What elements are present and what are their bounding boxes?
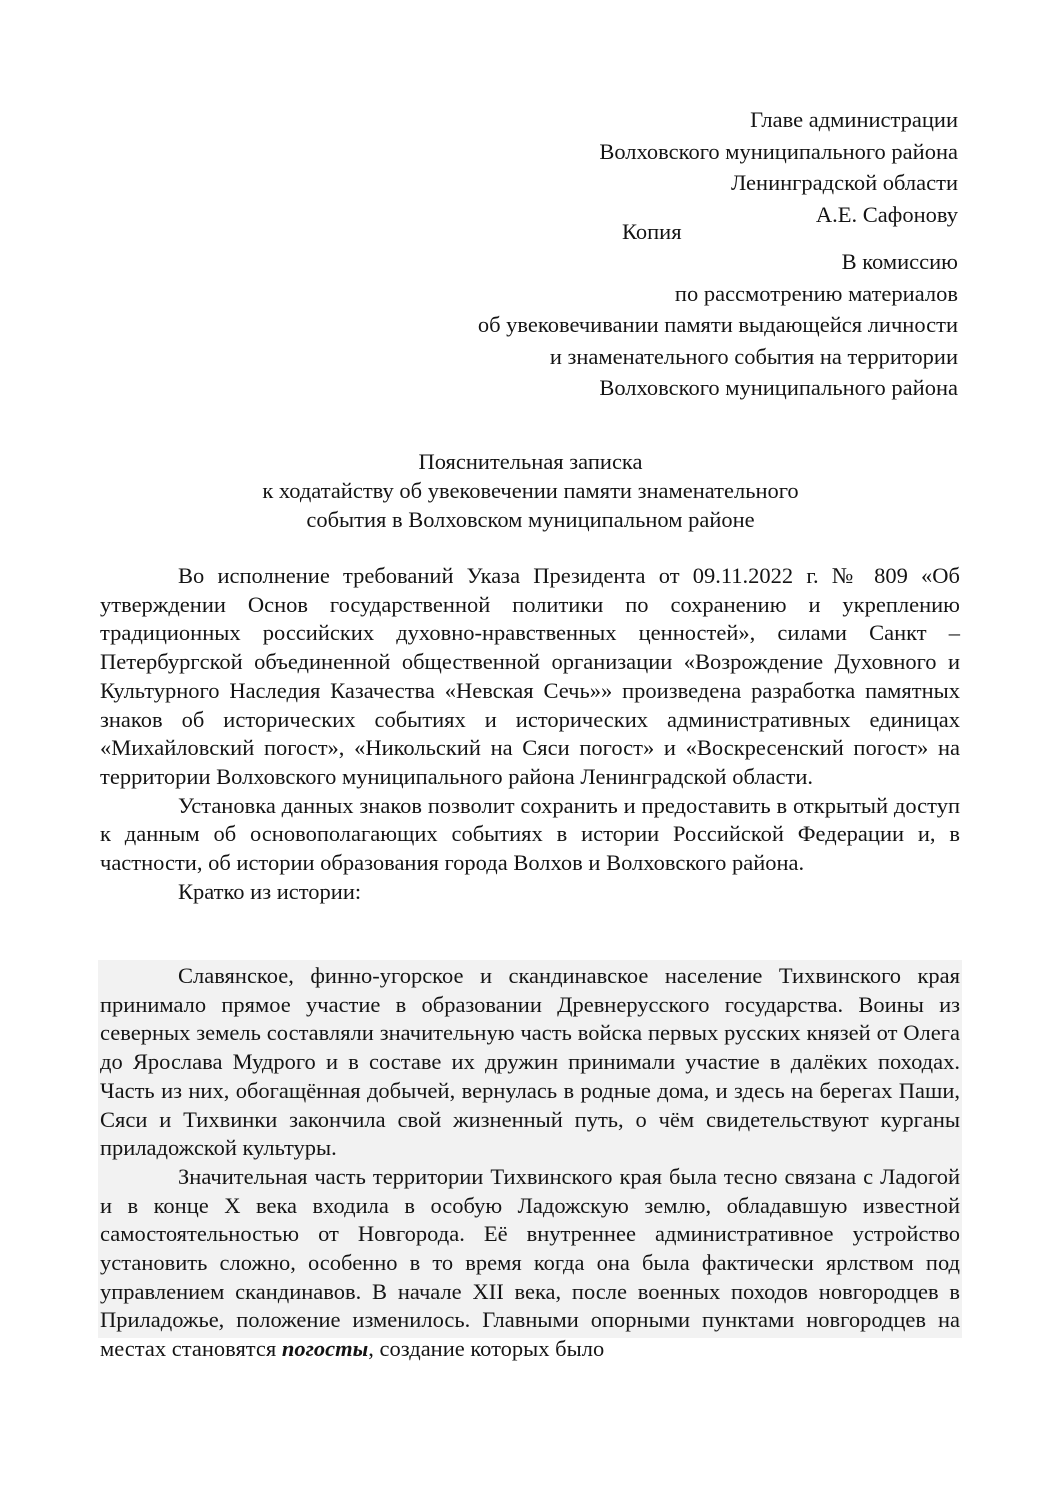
emphasized-term: погосты — [282, 1336, 368, 1361]
commission-line: В комиссию — [478, 246, 958, 278]
commission-line: и знаменательного события на территории — [478, 341, 958, 373]
commission-line: по рассмотрению материалов — [478, 278, 958, 310]
addressee-line: Ленинградской области — [599, 167, 958, 199]
history-paragraph: Славянское, финно-угорское и скандинавск… — [100, 962, 960, 1163]
document-title: Пояснительная записка к ходатайству об у… — [0, 447, 1061, 534]
history-paragraph: Значительная часть территории Тихвинског… — [100, 1163, 960, 1364]
copy-label: Копия — [622, 216, 682, 248]
addressee-line: Главе администрации — [599, 104, 958, 136]
body-paragraph: Установка данных знаков позволит сохрани… — [100, 792, 960, 878]
history-text-span: , создание которых было — [368, 1336, 604, 1361]
commission-line: об увековечивании памяти выдающейся личн… — [478, 309, 958, 341]
body-text: Во исполнение требований Указа Президент… — [100, 562, 960, 906]
addressee-block: Главе администрации Волховского муниципа… — [599, 104, 958, 230]
history-text-span: Значительная часть территории Тихвинског… — [100, 1164, 960, 1361]
commission-line: Волховского муниципального района — [478, 372, 958, 404]
title-line: к ходатайству об увековечении памяти зна… — [0, 476, 1061, 505]
history-heading: Кратко из истории: — [100, 878, 960, 907]
title-line: Пояснительная записка — [0, 447, 1061, 476]
title-line: события в Волховском муниципальном район… — [0, 505, 1061, 534]
history-text: Славянское, финно-угорское и скандинавск… — [100, 962, 960, 1364]
document-page: Главе администрации Волховского муниципа… — [0, 0, 1061, 1500]
addressee-line: Волховского муниципального района — [599, 136, 958, 168]
body-paragraph: Во исполнение требований Указа Президент… — [100, 562, 960, 792]
commission-block: В комиссию по рассмотрению материалов об… — [478, 246, 958, 404]
